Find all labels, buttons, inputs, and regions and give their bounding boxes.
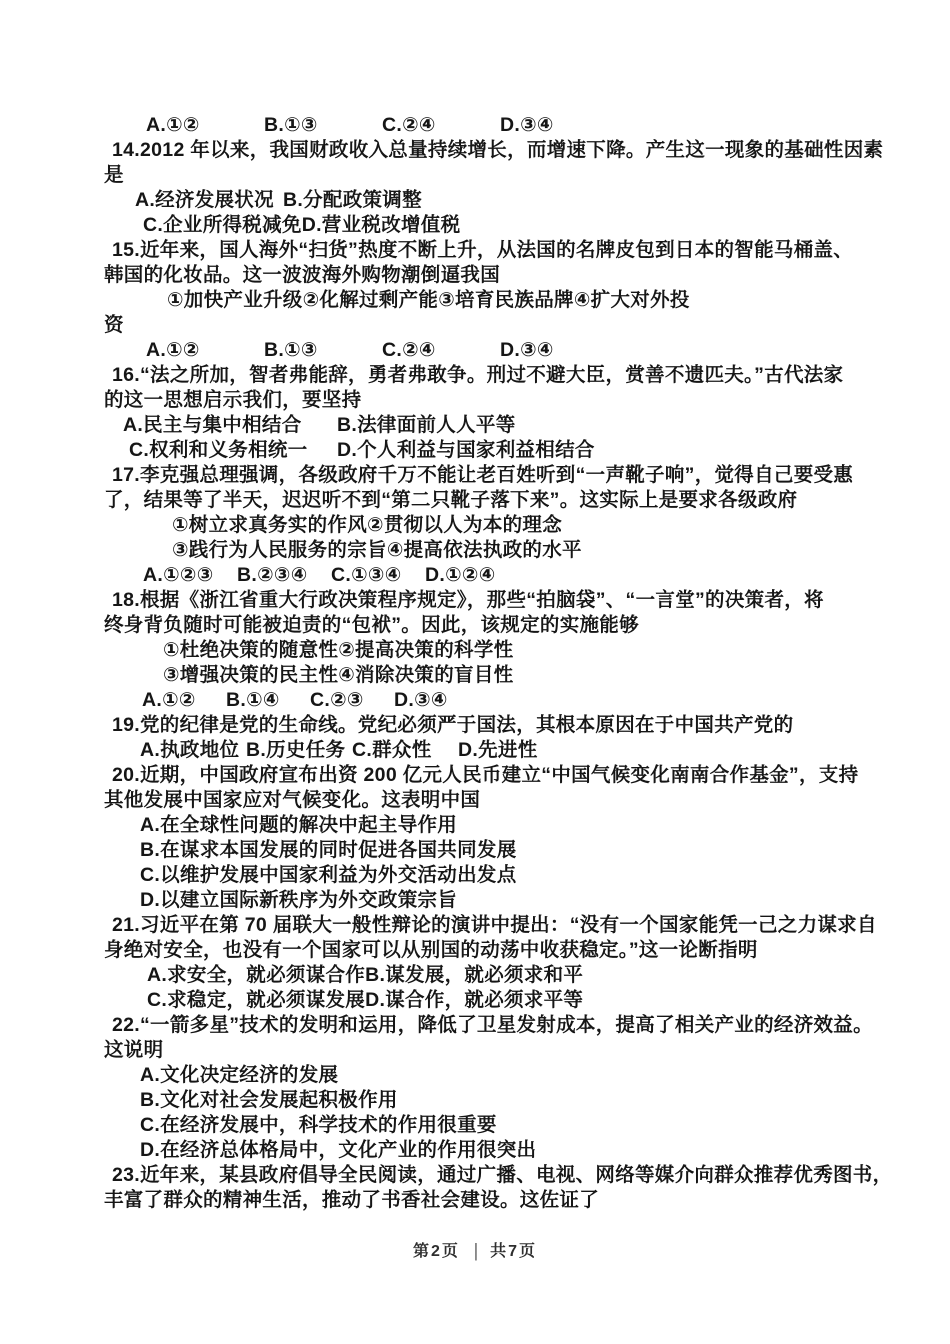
question-line: 14.2012 年以来，我国财政收入总量持续增长，而增速下降。产生这一现象的基础… <box>104 138 910 163</box>
option-cell: ③培育民族品牌 <box>438 288 574 313</box>
option-cell: C.②③ <box>310 688 394 713</box>
exam-document-page: A.①②B.①③C.②④D.③④14.2012 年以来，我国财政收入总量持续增长… <box>0 0 950 1344</box>
option-cell: C.求稳定，就必须谋发展 <box>147 988 365 1013</box>
option-cell: D.③④ <box>500 338 618 363</box>
option-cell: D.③④ <box>500 113 618 138</box>
option-cell: B.①③ <box>264 338 382 363</box>
option-cell: B.谋发展，就必须求和平 <box>365 963 583 988</box>
footer-total-pages: 共7页 <box>490 1243 537 1260</box>
option-cell: A.经济发展状况 <box>135 188 283 213</box>
text-line: 终身背负随时可能被迫责的“包袱”。因此，该规定的实施能够 <box>104 613 910 638</box>
option-cell: ④扩大对外投 <box>574 288 694 313</box>
option-cell: B.分配政策调整 <box>283 188 431 213</box>
option-cell: D.营业税改增值税 <box>302 213 461 238</box>
option-row: A.求安全，就必须谋合作B.谋发展，就必须求和平 <box>104 963 910 988</box>
document-lines: A.①②B.①③C.②④D.③④14.2012 年以来，我国财政收入总量持续增长… <box>104 113 910 1213</box>
option-cell: ③增强决策的民主性 <box>163 663 338 688</box>
question-line: 15.近年来，国人海外“扫货”热度不断上升，从法国的名牌皮包到日本的智能马桶盖、 <box>104 238 910 263</box>
question-line: 20.近期，中国政府宣布出资 200 亿元人民币建立“中国气候变化南南合作基金”… <box>104 763 910 788</box>
option-cell: ①杜绝决策的随意性 <box>163 638 338 663</box>
text-line: 这说明 <box>104 1038 910 1063</box>
text-line: 其他发展中国家应对气候变化。这表明中国 <box>104 788 910 813</box>
text-line: 韩国的化妆品。这一波波海外购物潮倒逼我国 <box>104 263 910 288</box>
answer-choices-row: A.①②B.①③C.②④D.③④ <box>104 338 910 363</box>
option-cell: ①加快产业升级 <box>167 288 303 313</box>
option-line: C.以维护发展中国家利益为外交活动出发点 <box>104 863 910 888</box>
question-line: 16.“法之所加，智者弗能辞，勇者弗敢争。刑过不避大臣，赏善不遗匹夫。”古代法家 <box>104 363 910 388</box>
option-cell: ①树立求真务实的作风 <box>172 513 367 538</box>
option-cell: B.法律面前人人平等 <box>337 413 551 438</box>
option-cell: C.企业所得税减免 <box>143 213 302 238</box>
option-cell: A.①② <box>142 688 226 713</box>
option-cell: B.②③④ <box>237 563 331 588</box>
text-line: 资 <box>104 313 910 338</box>
question-line: 17.李克强总理强调，各级政府千万不能让老百姓听到“一声靴子响”，觉得自己要受惠 <box>104 463 910 488</box>
option-cell: B.①③ <box>264 113 382 138</box>
text-line: 是 <box>104 163 910 188</box>
option-cell: C.群众性 <box>352 738 458 763</box>
option-cell: A.①② <box>146 338 264 363</box>
option-cell: C.②④ <box>382 113 500 138</box>
option-cell: ④消除决策的盲目性 <box>338 663 513 688</box>
option-line: A.文化决定经济的发展 <box>104 1063 910 1088</box>
option-line: B.在谋求本国发展的同时促进各国共同发展 <box>104 838 910 863</box>
text-line: 丰富了群众的精神生活，推动了书香社会建设。这佐证了 <box>104 1188 910 1213</box>
question-line: 23.近年来，某县政府倡导全民阅读，通过广播、电视、网络等媒介向群众推荐优秀图书… <box>104 1163 910 1188</box>
footer-divider: | <box>474 1242 480 1263</box>
question-line: 22.“一箭多星”技术的发明和运用，降低了卫星发射成本，提高了相关产业的经济效益… <box>104 1013 910 1038</box>
option-cell: B.历史任务 <box>246 738 352 763</box>
question-line: 21.习近平在第 70 届联大一般性辩论的演讲中提出：“没有一个国家能凭一己之力… <box>104 913 910 938</box>
option-row: A.经济发展状况B.分配政策调整 <box>104 188 910 213</box>
option-cell: C.②④ <box>382 338 500 363</box>
option-cell: D.①②④ <box>425 563 519 588</box>
text-line: 的这一思想启示我们，要坚持 <box>104 388 910 413</box>
footer-page-number: 第2页 <box>413 1243 460 1260</box>
option-cell: ④提高依法执政的水平 <box>387 538 582 563</box>
option-cell: B.①④ <box>226 688 310 713</box>
sub-option-row: ③践行为人民服务的宗旨④提高依法执政的水平 <box>104 538 910 563</box>
option-cell: ②提高决策的科学性 <box>338 638 513 663</box>
sub-option-row: ③增强决策的民主性④消除决策的盲目性 <box>104 663 910 688</box>
option-line: D.在经济总体格局中，文化产业的作用很突出 <box>104 1138 910 1163</box>
answer-choices-row: A.①②B.①③C.②④D.③④ <box>104 113 910 138</box>
question-line: 19.党的纪律是党的生命线。党纪必须严于国法，其根本原因在于中国共产党的 <box>104 713 910 738</box>
option-cell: D.先进性 <box>458 738 564 763</box>
sub-option-row: ①树立求真务实的作风②贯彻以人为本的理念 <box>104 513 910 538</box>
option-cell: ②贯彻以人为本的理念 <box>367 513 562 538</box>
option-cell: C.①③④ <box>331 563 425 588</box>
option-line: C.在经济发展中，科学技术的作用很重要 <box>104 1113 910 1138</box>
sub-option-row: ①杜绝决策的随意性②提高决策的科学性 <box>104 638 910 663</box>
option-cell: D.③④ <box>394 688 478 713</box>
option-cell: A.①②③ <box>143 563 237 588</box>
option-cell: C.权利和义务相统一 <box>129 438 337 463</box>
option-cell: ③践行为人民服务的宗旨 <box>172 538 387 563</box>
option-cell: A.民主与集中相结合 <box>123 413 337 438</box>
option-row: C.企业所得税减免D.营业税改增值税 <box>104 213 910 238</box>
option-cell: A.求安全，就必须谋合作 <box>147 963 365 988</box>
option-row: C.求稳定，就必须谋发展D.谋合作，就必须求平等 <box>104 988 910 1013</box>
page-footer: 第2页|共7页 <box>0 1238 950 1261</box>
option-cell: A.执政地位 <box>140 738 246 763</box>
text-line: 身绝对安全，也没有一个国家可以从别国的动荡中收获稳定。”这一论断指明 <box>104 938 910 963</box>
option-cell: D.个人利益与国家利益相结合 <box>337 438 595 463</box>
text-line: 了，结果等了半天，迟迟听不到“第二只靴子落下来”。这实际上是要求各级政府 <box>104 488 910 513</box>
question-line: 18.根据《浙江省重大行政决策程序规定》，那些“拍脑袋”、“一言堂”的决策者，将 <box>104 588 910 613</box>
option-line: D.以建立国际新秩序为外交政策宗旨 <box>104 888 910 913</box>
answer-choices-row: A.①②③B.②③④C.①③④D.①②④ <box>104 563 910 588</box>
answer-choices-row: A.执政地位B.历史任务C.群众性D.先进性 <box>104 738 910 763</box>
option-line: A.在全球性问题的解决中起主导作用 <box>104 813 910 838</box>
option-row: A.民主与集中相结合B.法律面前人人平等 <box>104 413 910 438</box>
sub-option-row: ①加快产业升级②化解过剩产能③培育民族品牌④扩大对外投 <box>104 288 910 313</box>
option-cell: A.①② <box>146 113 264 138</box>
answer-choices-row: A.①②B.①④C.②③D.③④ <box>104 688 910 713</box>
option-row: C.权利和义务相统一D.个人利益与国家利益相结合 <box>104 438 910 463</box>
option-cell: ②化解过剩产能 <box>303 288 439 313</box>
option-cell: D.谋合作，就必须求平等 <box>365 988 583 1013</box>
option-line: B.文化对社会发展起积极作用 <box>104 1088 910 1113</box>
